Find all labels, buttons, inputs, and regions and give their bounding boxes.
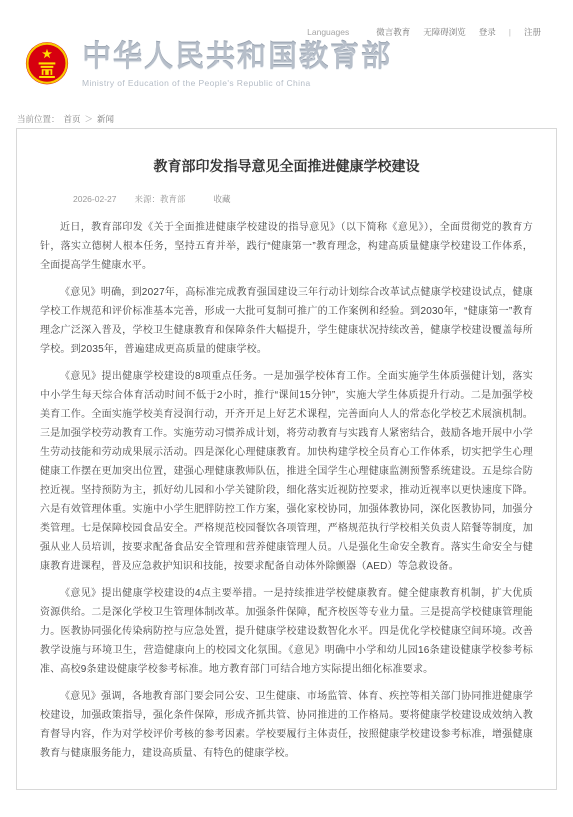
breadcrumb-news-link[interactable]: 新闻 bbox=[97, 113, 114, 125]
login-register-divider: | bbox=[509, 27, 511, 37]
breadcrumb-home-link[interactable]: 首页 bbox=[64, 113, 81, 125]
site-logo[interactable]: 中华人民共和国教育部 Ministry of Education of the … bbox=[25, 40, 392, 90]
article-meta: 2026-02-27 来源：教育部 收藏 bbox=[73, 193, 533, 205]
accessibility-link[interactable]: 无障碍浏览 bbox=[423, 26, 466, 38]
article-paragraph: 《意见》提出健康学校建设的8项重点任务。一是加强学校体育工作。全面实施学生体质强… bbox=[40, 367, 533, 576]
article-paragraph: 《意见》明确，到2027年，高标准完成教育强国建设三年行动计划综合改革试点健康学… bbox=[40, 283, 533, 359]
article-paragraph: 《意见》提出健康学校建设的4点主要举措。一是持续推进学校健康教育。健全健康教育机… bbox=[40, 584, 533, 679]
article-container: 教育部印发指导意见全面推进健康学校建设 2026-02-27 来源：教育部 收藏… bbox=[16, 128, 557, 790]
login-link[interactable]: 登录 bbox=[479, 26, 496, 38]
breadcrumb-label: 当前位置： bbox=[17, 113, 60, 125]
article-paragraph: 《意见》强调，各地教育部门要会同公安、卫生健康、市场监管、体育、疾控等相关部门协… bbox=[40, 687, 533, 763]
article-source: 来源：教育部 bbox=[134, 193, 185, 205]
breadcrumb-separator: ＞ bbox=[85, 113, 94, 125]
languages-link[interactable]: Languages bbox=[307, 27, 349, 37]
site-title-block: 中华人民共和国教育部 Ministry of Education of the … bbox=[82, 42, 392, 88]
top-utility-bar: Languages 微言教育 无障碍浏览 登录 | 注册 bbox=[307, 26, 541, 38]
article-body: 近日，教育部印发《关于全面推进健康学校建设的指导意见》（以下简称《意见》），全面… bbox=[40, 218, 533, 763]
site-title-zh: 中华人民共和国教育部 bbox=[82, 42, 392, 74]
site-title-en: Ministry of Education of the People's Re… bbox=[82, 78, 392, 88]
article-title: 教育部印发指导意见全面推进健康学校建设 bbox=[40, 156, 533, 176]
article-date: 2026-02-27 bbox=[73, 194, 116, 204]
weiyan-education-link[interactable]: 微言教育 bbox=[376, 26, 410, 38]
register-link[interactable]: 注册 bbox=[524, 26, 541, 38]
national-emblem-icon bbox=[25, 40, 69, 90]
breadcrumb: 当前位置： 首页 ＞ 新闻 bbox=[17, 113, 114, 125]
favorite-button[interactable]: 收藏 bbox=[214, 193, 231, 205]
article-paragraph: 近日，教育部印发《关于全面推进健康学校建设的指导意见》（以下简称《意见》），全面… bbox=[40, 218, 533, 275]
